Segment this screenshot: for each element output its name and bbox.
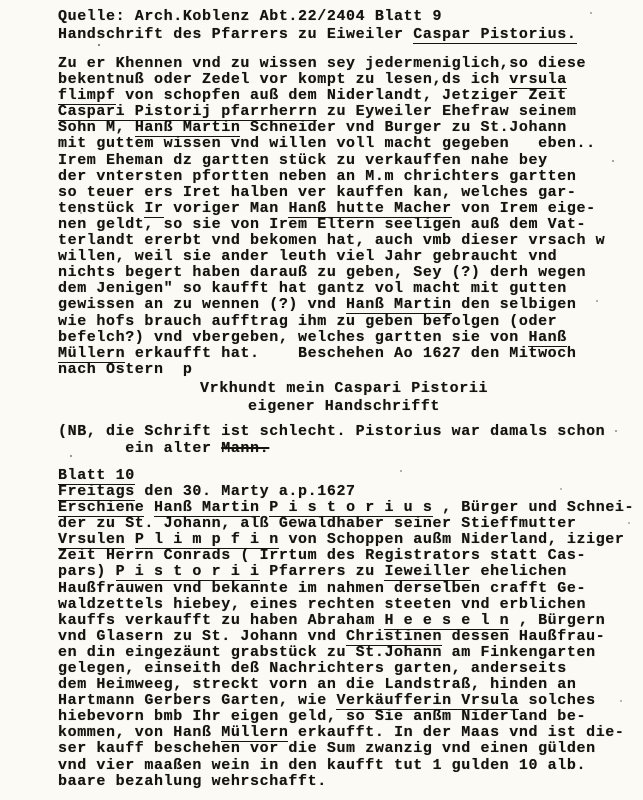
text-segment: nichts begert haben darauß zu geben, Sey… <box>58 264 586 281</box>
text-segment: vnd Glasern zu St. Johann vnd <box>58 628 346 645</box>
text-segment: Haußfrauwen vnd bekannte im nahmen derse… <box>58 580 586 597</box>
text-line: kauffs verkaufft zu haben Abraham H e e … <box>58 613 643 629</box>
text-segment: solches <box>519 692 596 709</box>
text-segment: pars) <box>58 563 116 580</box>
text-segment: (NB, die Schrift ist schlecht. Pistorius… <box>58 423 605 440</box>
text-segment: , Bürgern <box>509 612 605 629</box>
text-line: Zu er Khennen vnd zu wissen sey jedermen… <box>58 56 643 72</box>
text-segment: kauffs verkaufft zu haben Abraham <box>58 612 384 629</box>
text-segment: Handschrift des Pfarrers zu Eiweiler <box>58 26 413 43</box>
text-segment: voriger Man <box>164 200 289 217</box>
text-segment: von Schoppen außm Niderland, iziger <box>279 531 625 548</box>
text-segment: ein alter <box>58 440 221 457</box>
text-line: so teuer ers Iret halben ver kauffen kan… <box>58 185 643 201</box>
text-segment: zu Eyweiler Ehefraw seinem <box>317 103 576 120</box>
text-segment: befelch?) vnd vbergeben, welches gartten… <box>58 329 528 346</box>
text-line: gelegen, einseith deß Nachrichters garte… <box>58 661 643 677</box>
text-segment: hiebevorn bmb Ihr eigen geld, so Sie anß… <box>58 708 586 725</box>
text-segment: erkaufft hat. Beschehen Ao 1627 den Mitw… <box>125 345 576 362</box>
text-line: Müllern erkaufft hat. Beschehen Ao 1627 … <box>58 346 643 362</box>
text-line: dem Heimweeg, streckt vorn an die Landst… <box>58 677 643 693</box>
text-segment: der vntersten pfortten neben an M.m chri… <box>58 168 576 185</box>
text-segment: Vrkhundt mein Caspari Pistorii <box>200 380 488 397</box>
text-line: Zeit Herrn Conrads ( Irrtum des Registra… <box>58 548 643 564</box>
text-segment: nach Ostern p <box>58 361 192 378</box>
text-line: dem Jenigen" so kaufft hat gantz vol mac… <box>58 281 643 297</box>
text-segment: von Irem eige- <box>452 200 596 217</box>
text-segment: bekentnuß oder Zedel vor kompt zu lesen,… <box>58 71 509 88</box>
nb-note: (NB, die Schrift ist schlecht. Pistorius… <box>58 423 643 458</box>
text-segment: so teuer ers Iret halben ver kauffen kan… <box>58 184 576 201</box>
text-segment: Caspar Pistorius. <box>413 26 576 44</box>
scan-noise-speckles <box>0 0 2 2</box>
text-line: ein alter Mann. <box>58 440 643 458</box>
text-segment: den selbigen <box>452 296 577 313</box>
text-line: Blatt 10 <box>58 468 643 484</box>
text-line: tenstück Ir voriger Man Hanß hutte Mache… <box>58 201 643 217</box>
text-segment: Mann. <box>221 440 269 457</box>
text-line: Quelle: Arch.Koblenz Abt.22/2404 Blatt 9 <box>58 8 643 26</box>
text-line: nichts begert haben darauß zu geben, Sey… <box>58 265 643 281</box>
text-line: kommen, von Hanß Müllern erkaufft. In de… <box>58 725 643 741</box>
vollmacht-paragraph: Zu er Khennen vnd zu wissen sey jedermen… <box>58 56 643 378</box>
text-line: waldzettels hiebey, eines rechten steete… <box>58 597 643 613</box>
text-segment: von schopfen auß dem Niderlandt, Jetzige… <box>116 87 567 104</box>
text-segment: der zu St. Johann, alß Gewaldhaber seine… <box>58 515 576 532</box>
text-segment: willen, weil sie ander leuth viel Jahr g… <box>58 248 557 265</box>
text-segment: ehelichen <box>471 563 567 580</box>
text-segment: dem Jenigen" so kaufft hat gantz vol mac… <box>58 280 567 297</box>
text-line: terlandt ererbt vnd bekomen hat, auch vm… <box>58 233 643 249</box>
text-line: befelch?) vnd vbergeben, welches gartten… <box>58 330 643 346</box>
text-segment: gewissen an zu wennen (?) vnd <box>58 296 346 313</box>
text-segment: gelegen, einseith deß Nachrichters garte… <box>58 660 567 677</box>
text-line: wie hofs brauch aufftrag ihm zu geben be… <box>58 314 643 330</box>
text-segment: Quelle: Arch.Koblenz Abt.22/2404 Blatt 9 <box>58 8 442 25</box>
text-segment: nen geldt, so sie von Irem Eltern seelig… <box>58 216 586 233</box>
text-segment: tenstück <box>58 200 144 217</box>
signature-block: Vrkhundt mein Caspari Pistoriieigener Ha… <box>200 380 488 417</box>
text-line: ser kauff beschehen vor die Sum zwanzig … <box>58 741 643 757</box>
text-line: Caspari Pistorij pfarrherrn zu Eyweiler … <box>58 104 643 120</box>
text-segment: vnd vier maaßen wein in den kaufft tut 1… <box>58 757 586 774</box>
text-segment: , Bürger und Schnei- <box>433 499 635 516</box>
text-line: der zu St. Johann, alß Gewaldhaber seine… <box>58 516 643 532</box>
text-line: hiebevorn bmb Ihr eigen geld, so Sie anß… <box>58 709 643 725</box>
text-segment <box>125 531 135 548</box>
text-line: nen geldt, so sie von Irem Eltern seelig… <box>58 217 643 233</box>
text-segment: wie hofs brauch aufftrag ihm zu geben be… <box>58 313 557 330</box>
source-header: Quelle: Arch.Koblenz Abt.22/2404 Blatt 9… <box>58 8 643 44</box>
text-line: Handschrift des Pfarrers zu Eiweiler Cas… <box>58 26 643 44</box>
text-line: Irem Eheman dz gartten stück zu verkauff… <box>58 153 643 169</box>
text-segment: Zu er Khennen vnd zu wissen sey jedermen… <box>58 55 586 72</box>
text-segment: den 30. Marty a.p.1627 <box>135 483 356 500</box>
text-line: (NB, die Schrift ist schlecht. Pistorius… <box>58 423 643 441</box>
text-line: eigener Handschrifft <box>200 398 488 417</box>
text-segment <box>260 499 270 516</box>
text-line: bekentnuß oder Zedel vor kompt zu lesen,… <box>58 72 643 88</box>
text-line: Erschiene Hanß Martin P i s t o r i u s … <box>58 500 643 516</box>
text-segment: eigener Handschrifft <box>248 398 440 415</box>
text-line: Freitags den 30. Marty a.p.1627 <box>58 484 643 500</box>
blatt-10-section: Blatt 10Freitags den 30. Marty a.p.1627E… <box>58 468 643 790</box>
text-line: vnd vier maaßen wein in den kaufft tut 1… <box>58 758 643 774</box>
text-segment: Hartmann Gerbers Garten, wie <box>58 692 336 709</box>
text-line: Vrkhundt mein Caspari Pistorii <box>200 380 488 399</box>
text-line: en din eingezäunt grabstück zu St.Johann… <box>58 645 643 661</box>
text-line: Sohn M, Hanß Martin Schneider vnd Burger… <box>58 120 643 136</box>
text-segment: waldzettels hiebey, eines rechten steete… <box>58 596 586 613</box>
text-line: Haußfrauwen vnd bekannte im nahmen derse… <box>58 581 643 597</box>
text-segment: baare bezahlung wehrschafft. <box>58 773 327 790</box>
text-segment: dessen Haußfrau- <box>442 628 605 645</box>
text-line: vnd Glasern zu St. Johann vnd Christinen… <box>58 629 643 645</box>
text-segment: ser kauff beschehen vor die Sum zwanzig … <box>58 740 596 757</box>
text-line: mit guttem wissen vnd willen voll macht … <box>58 136 643 152</box>
text-segment: Sohn M, <box>58 119 135 136</box>
text-line: pars) P i s t o r i i Pfarrers zu Ieweil… <box>58 564 643 580</box>
text-segment: mit guttem wissen vnd willen voll macht … <box>58 135 596 152</box>
text-line: gewissen an zu wennen (?) vnd Hanß Marti… <box>58 297 643 313</box>
text-line: flimpf von schopfen auß dem Niderlandt, … <box>58 88 643 104</box>
scanned-document-page: Quelle: Arch.Koblenz Abt.22/2404 Blatt 9… <box>0 0 643 800</box>
text-segment: kommen, von Hanß <box>58 724 221 741</box>
text-line: baare bezahlung wehrschafft. <box>58 774 643 790</box>
text-segment <box>144 499 154 516</box>
text-segment: Zeit Herrn Conrads ( Irrtum des Registra… <box>58 547 586 564</box>
text-segment: Schneider vnd Burger zu St.Johann <box>240 119 566 136</box>
text-segment: Pfarrers zu <box>260 563 385 580</box>
text-segment: dem Heimweeg, streckt vorn an die Landst… <box>58 676 576 693</box>
text-line: Vrsulen P l i m p f i n von Schoppen auß… <box>58 532 643 548</box>
text-line: nach Ostern p <box>58 362 643 378</box>
text-segment: terlandt ererbt vnd bekomen hat, auch vm… <box>58 232 605 249</box>
text-line: Hartmann Gerbers Garten, wie Verkäufferi… <box>58 693 643 709</box>
text-segment: Irem Eheman dz gartten stück zu verkauff… <box>58 152 548 169</box>
text-segment: en din eingezäunt grabstück zu St.Johann… <box>58 644 596 661</box>
text-line: willen, weil sie ander leuth viel Jahr g… <box>58 249 643 265</box>
text-segment: erkaufft. In der Maas vnd ist die- <box>288 724 624 741</box>
text-line: der vntersten pfortten neben an M.m chri… <box>58 169 643 185</box>
